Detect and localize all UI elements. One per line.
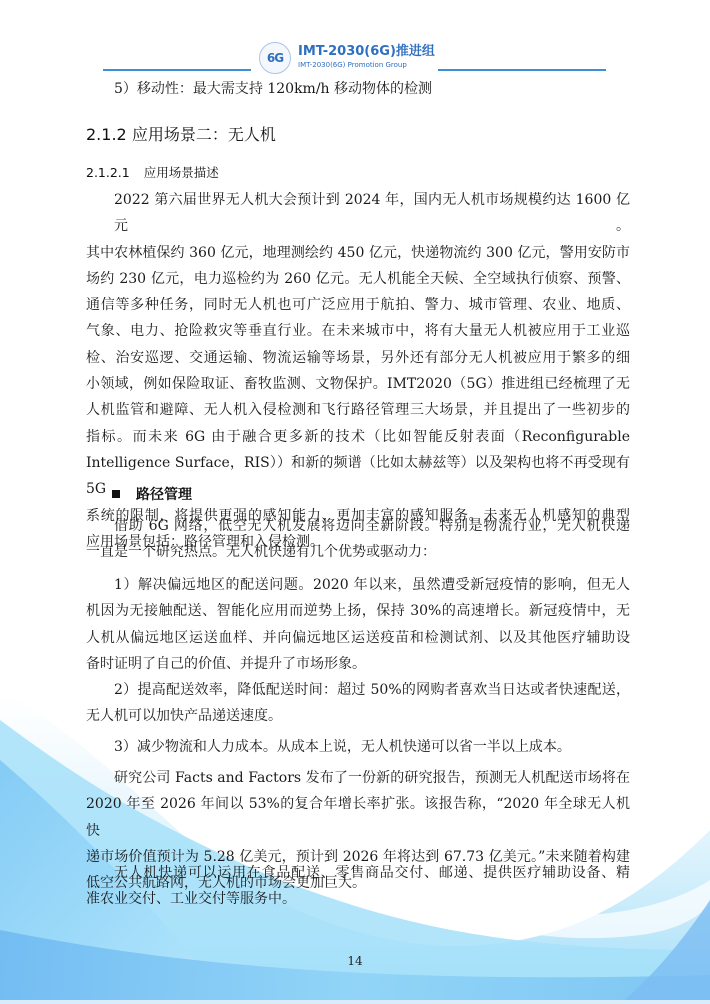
- text-line: 准农业交付、工业交付等服务中。: [86, 886, 630, 912]
- bullet-heading-text: 路径管理: [136, 484, 192, 504]
- brand-title-cn: IMT-2030(6G)推进组: [298, 44, 435, 59]
- document-page: 6G IMT-2030(6G)推进组 IMT-2030(6G) Promotio…: [0, 0, 710, 1004]
- header-rule-left: [103, 69, 251, 71]
- text-line: 检、治安巡逻、交通运输、物流运输等场景，另外还有部分无人机被应用于繁多的细: [86, 345, 630, 371]
- brand-title-en: IMT-2030(6G) Promotion Group: [298, 60, 435, 70]
- brand-block: IMT-2030(6G)推进组 IMT-2030(6G) Promotion G…: [298, 44, 435, 70]
- list-item-cost: 3）减少物流和人力成本。从成本上说，无人机快递可以省一半以上成本。: [86, 734, 630, 760]
- paragraph-applications: 无人机快递可以运用在食品配送、零售商品交付、邮递、提供医疗辅助设备、精 准农业交…: [86, 860, 630, 913]
- logo-text: 6G: [267, 51, 283, 65]
- section-heading: 2.1.2 应用场景二：无人机: [86, 122, 276, 145]
- text-line: 备时证明了自己的价值、并提升了市场形象。: [86, 651, 630, 677]
- header-rule-right: [438, 69, 606, 71]
- square-bullet-icon: [112, 490, 120, 498]
- text-line: 无人机快递可以运用在食品配送、零售商品交付、邮递、提供医疗辅助设备、精: [86, 860, 630, 886]
- text-line: 2022 第六届世界无人机大会预计到 2024 年，国内无人机市场规模约达 16…: [86, 187, 630, 240]
- text-line: 场约 230 亿元，电力巡检约为 260 亿元。无人机能全天候、全空域执行侦察、…: [86, 266, 630, 292]
- page-number: 14: [0, 954, 710, 968]
- text-line: 研究公司 Facts and Factors 发布了一份新的研究报告，预测无人机…: [86, 765, 630, 791]
- section-number: 2.1.2: [86, 125, 127, 144]
- text-line: 人机监管和避障、无人机入侵检测和飞行路径管理三大场景，并且提出了一些初步的: [86, 397, 630, 423]
- mobility-item: 5）移动性：最大需支持 120km/h 移动物体的检测: [86, 76, 630, 102]
- list-item-efficiency: 2）提高配送效率，降低配送时间：超过 50%的网购者喜欢当日达或者快速配送， 无…: [86, 677, 630, 730]
- text-line: 小领域，例如保险取证、畜牧监测、文物保护。IMT2020（5G）推进组已经梳理了…: [86, 371, 630, 397]
- text-line: 机因为无接触配送、智能化应用而逆势上扬，保持 30%的高速增长。新冠疫情中，无: [86, 598, 630, 624]
- text-line: 借助 6G 网络，低空无人机发展将迈向全新阶段。特别是物流行业，无人机快递: [86, 513, 630, 539]
- text-line: 一直是一个研究热点。无人机快递有几个优势或驱动力：: [86, 539, 630, 565]
- text-line: 3）减少物流和人力成本。从成本上说，无人机快递可以省一半以上成本。: [86, 734, 630, 760]
- text-line: 气象、电力、抢险救灾等垂直行业。在未来城市中，将有大量无人机被应用于工业巡: [86, 318, 630, 344]
- subsection-heading: 2.1.2.1 应用场景描述: [86, 163, 219, 181]
- mobility-item-text: 5）移动性：最大需支持 120km/h 移动物体的检测: [86, 76, 630, 102]
- section-title: 应用场景二：无人机: [132, 125, 276, 144]
- page-header: 6G IMT-2030(6G)推进组 IMT-2030(6G) Promotio…: [0, 38, 710, 78]
- bullet-heading-path-management: 路径管理: [112, 484, 192, 504]
- text-line: 1）解决偏远地区的配送问题。2020 年以来，虽然遭受新冠疫情的影响，但无人: [86, 572, 630, 598]
- text-line: 其中农林植保约 360 亿元，地理测绘约 450 亿元，快递物流约 300 亿元…: [86, 240, 630, 266]
- text-line: 人机从偏远地区运送血样、并向偏远地区运送疫苗和检测试剂、以及其他医疗辅助设: [86, 625, 630, 651]
- text-line: 指标。而未来 6G 由于融合更多新的技术（比如智能反射表面（Reconfigur…: [86, 424, 630, 450]
- subsection-title: 应用场景描述: [144, 165, 219, 180]
- imt2030-logo-icon: 6G: [259, 42, 291, 74]
- text-line: 2020 年至 2026 年间以 53%的复合年增长率扩张。该报告称，“2020…: [86, 791, 630, 844]
- text-line: 通信等多种任务，同时无人机也可广泛应用于航拍、警力、城市管理、农业、地质、: [86, 292, 630, 318]
- text-line: 无人机可以加快产品递送速度。: [86, 703, 630, 729]
- subsection-number: 2.1.2.1: [86, 165, 130, 180]
- text-line: 2）提高配送效率，降低配送时间：超过 50%的网购者喜欢当日达或者快速配送，: [86, 677, 630, 703]
- list-item-remote-delivery: 1）解决偏远地区的配送问题。2020 年以来，虽然遭受新冠疫情的影响，但无人 机…: [86, 572, 630, 677]
- paragraph-6g-drone-delivery: 借助 6G 网络，低空无人机发展将迈向全新阶段。特别是物流行业，无人机快递 一直…: [86, 513, 630, 566]
